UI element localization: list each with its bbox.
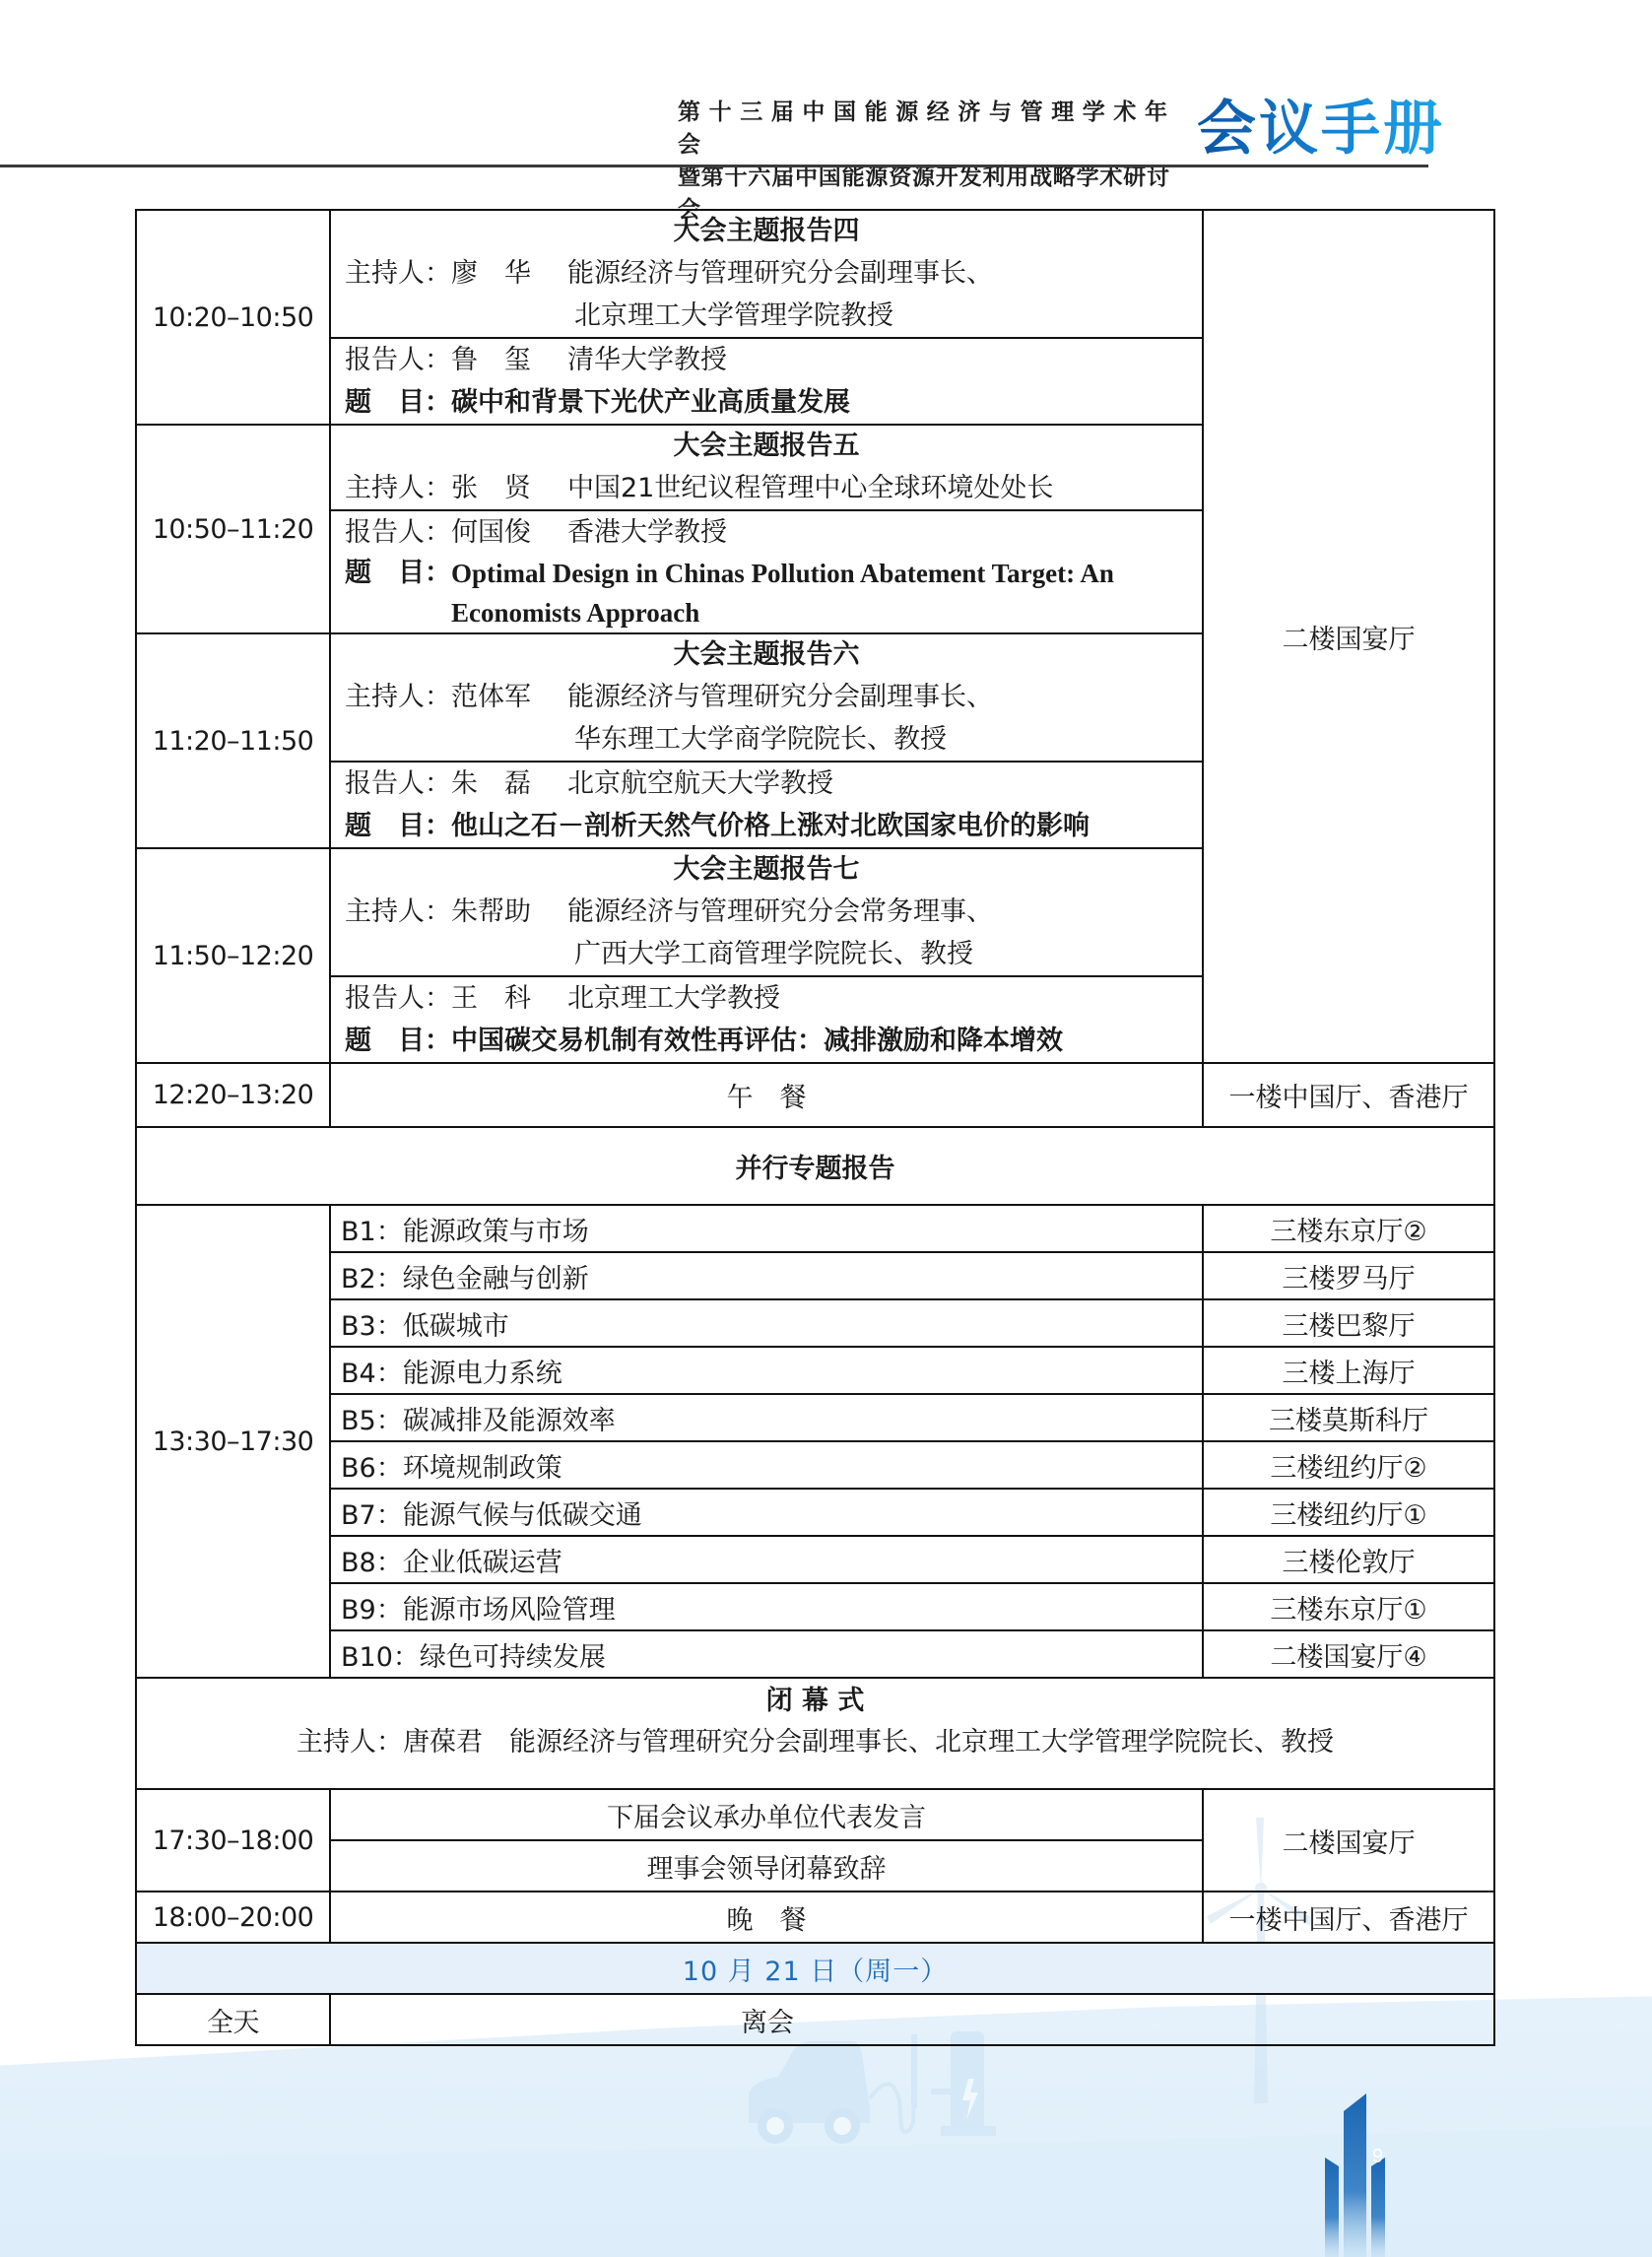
ev-charging-watermark-icon (744, 2029, 1049, 2157)
table-row-track: B2：绿色金融与创新 三楼罗马厅 (136, 1252, 1494, 1299)
track-label: B6：环境规制政策 (330, 1441, 1203, 1489)
host-label: 主持人： (345, 676, 451, 718)
topic-line: 题 目：他山之石－剖析天然气价格上涨对北欧国家电价的影响 (345, 805, 1188, 847)
host-section: 大会主题报告七 主持人：朱帮助能源经济与管理研究分会常务理事、 广西大学工商管理… (331, 849, 1202, 977)
table-row-lunch: 12:20–13:20 午 餐 一楼中国厅、香港厅 (136, 1063, 1494, 1127)
topic-label: 题 目： (345, 554, 451, 632)
track-venue: 三楼纽约厅① (1203, 1489, 1494, 1536)
speaker-label: 报告人： (345, 763, 451, 805)
track-venue: 三楼东京厅② (1203, 1205, 1494, 1252)
track-label: B8：企业低碳运营 (330, 1536, 1203, 1583)
speaker-name: 朱 磊 (451, 763, 567, 805)
host-label: 主持人： (345, 891, 451, 933)
host-line: 主持人：朱帮助能源经济与管理研究分会常务理事、 (345, 891, 1188, 933)
closing-host-line: 主持人：唐葆君 能源经济与管理研究分会副理事长、北京理工大学管理学院院长、教授 (137, 1722, 1493, 1763)
speaker-line: 报告人：王 科北京理工大学教授 (345, 977, 1188, 1020)
session-time: 10:50–11:20 (136, 425, 330, 633)
track-venue: 三楼东京厅① (1203, 1583, 1494, 1630)
session-details: 大会主题报告五 主持人：张 贤中国21世纪议程管理中心全球环境处处长 报告人：何… (330, 425, 1203, 633)
host-name: 朱帮助 (451, 891, 567, 933)
speaker-title: 北京理工大学教授 (567, 983, 780, 1014)
session-heading: 大会主题报告五 (345, 426, 1188, 467)
table-row-closing: 17:30–18:00 下届会议承办单位代表发言 二楼国宴厅 (136, 1789, 1494, 1840)
track-label: B1：能源政策与市场 (330, 1205, 1203, 1252)
session-details: 大会主题报告七 主持人：朱帮助能源经济与管理研究分会常务理事、 广西大学工商管理… (330, 848, 1203, 1063)
host-line: 主持人：廖 华能源经济与管理研究分会副理事长、 (345, 252, 1188, 295)
topic-text: 他山之石－剖析天然气价格上涨对北欧国家电价的影响 (451, 811, 1090, 841)
departure-time: 全天 (136, 1994, 330, 2045)
session-venue: 二楼国宴厅 (1203, 210, 1494, 1063)
speaker-label: 报告人： (345, 511, 451, 554)
closing-item-next-host-speech: 下届会议承办单位代表发言 (330, 1789, 1203, 1840)
speaker-name: 何国俊 (451, 511, 567, 554)
speaker-section: 报告人：朱 磊北京航空航天大学教授 题 目：他山之石－剖析天然气价格上涨对北欧国… (331, 763, 1202, 847)
host-section: 大会主题报告五 主持人：张 贤中国21世纪议程管理中心全球环境处处长 (331, 426, 1202, 511)
page-number-badge-icon (1325, 2093, 1443, 2257)
departure-label: 离会 (330, 1994, 1494, 2045)
conference-name: 第十三届中国能源经济与管理学术年会 暨第十六届中国能源资源开发利用战略学术研讨会 (678, 97, 1180, 227)
table-row-track: B7：能源气候与低碳交通 三楼纽约厅① (136, 1489, 1494, 1536)
topic-label: 题 目： (345, 1026, 451, 1056)
host-title-continued: 华东理工大学商学院院长、教授 (345, 718, 1188, 761)
session-time: 11:50–12:20 (136, 848, 330, 1063)
table-row-date: 10 月 21 日（周一） (136, 1943, 1494, 1994)
departure-text: 离会 (331, 2001, 1204, 2039)
parallel-sessions-heading: 并行专题报告 (136, 1127, 1494, 1205)
host-title: 能源经济与管理研究分会常务理事、 (567, 896, 993, 927)
speaker-line: 报告人：何国俊香港大学教授 (345, 511, 1188, 554)
speaker-title: 清华大学教授 (567, 345, 727, 375)
track-label: B3：低碳城市 (330, 1299, 1203, 1347)
lunch-time: 12:20–13:20 (136, 1063, 330, 1127)
track-label: B7：能源气候与低碳交通 (330, 1489, 1203, 1536)
dinner-time: 18:00–20:00 (136, 1892, 330, 1943)
speaker-title: 香港大学教授 (567, 517, 727, 548)
closing-venue: 二楼国宴厅 (1203, 1789, 1494, 1892)
conference-name-line1: 第十三届中国能源经济与管理学术年会 (678, 97, 1180, 162)
session-time: 11:20–11:50 (136, 633, 330, 848)
speaker-name: 鲁 玺 (451, 339, 567, 381)
page-number: 9 (1372, 2146, 1383, 2168)
host-title-continued: 广西大学工商管理学院院长、教授 (345, 933, 1188, 975)
table-row-plenary-4: 10:20–10:50 大会主题报告四 主持人：廖 华能源经济与管理研究分会副理… (136, 210, 1494, 425)
speaker-label: 报告人： (345, 339, 451, 381)
table-row-track: B5：碳减排及能源效率 三楼莫斯科厅 (136, 1394, 1494, 1441)
parallel-time: 13:30–17:30 (136, 1205, 330, 1678)
header-divider (0, 165, 1428, 167)
host-title: 中国21世纪议程管理中心全球环境处处长 (567, 473, 1053, 503)
host-name: 张 贤 (451, 467, 567, 509)
host-title-continued: 北京理工大学管理学院教授 (345, 295, 1188, 337)
host-section: 大会主题报告六 主持人：范体军能源经济与管理研究分会副理事长、 华东理工大学商学… (331, 634, 1202, 763)
dinner-venue: 一楼中国厅、香港厅 (1203, 1892, 1494, 1943)
track-venue: 三楼莫斯科厅 (1203, 1394, 1494, 1441)
closing-time: 17:30–18:00 (136, 1789, 330, 1892)
track-label: B2：绿色金融与创新 (330, 1252, 1203, 1299)
speaker-line: 报告人：鲁 玺清华大学教授 (345, 339, 1188, 381)
host-title: 能源经济与管理研究分会副理事长、 (567, 258, 993, 289)
host-title: 能源经济与管理研究分会副理事长、 (567, 682, 993, 712)
topic-text: 中国碳交易机制有效性再评估：减排激励和降本增效 (451, 1026, 1063, 1056)
speaker-section: 报告人：何国俊香港大学教授 题 目：Optimal Design in Chin… (331, 511, 1202, 632)
speaker-name: 王 科 (451, 977, 567, 1020)
table-row-track: B3：低碳城市 三楼巴黎厅 (136, 1299, 1494, 1347)
speaker-section: 报告人：鲁 玺清华大学教授 题 目：碳中和背景下光伏产业高质量发展 (331, 339, 1202, 424)
dinner-label: 晚 餐 (330, 1892, 1203, 1943)
track-label: B4：能源电力系统 (330, 1347, 1203, 1394)
topic-label: 题 目： (345, 387, 451, 418)
topic-line: 题 目：碳中和背景下光伏产业高质量发展 (345, 381, 1188, 424)
speaker-section: 报告人：王 科北京理工大学教授 题 目：中国碳交易机制有效性再评估：减排激励和降… (331, 977, 1202, 1062)
speaker-label: 报告人： (345, 977, 451, 1020)
table-row-track: 13:30–17:30 B1：能源政策与市场 三楼东京厅② (136, 1205, 1494, 1252)
topic-label: 题 目： (345, 811, 451, 841)
session-time: 10:20–10:50 (136, 210, 330, 425)
track-venue: 三楼上海厅 (1203, 1347, 1494, 1394)
track-venue: 三楼纽约厅② (1203, 1441, 1494, 1489)
session-heading: 大会主题报告七 (345, 849, 1188, 891)
table-row-parallel-heading: 并行专题报告 (136, 1127, 1494, 1205)
track-venue: 二楼国宴厅④ (1203, 1630, 1494, 1678)
host-line: 主持人：张 贤中国21世纪议程管理中心全球环境处处长 (345, 467, 1188, 509)
session-details: 大会主题报告六 主持人：范体军能源经济与管理研究分会副理事长、 华东理工大学商学… (330, 633, 1203, 848)
table-row-track: B4：能源电力系统 三楼上海厅 (136, 1347, 1494, 1394)
speaker-title: 北京航空航天大学教授 (567, 768, 833, 799)
track-label: B9：能源市场风险管理 (330, 1583, 1203, 1630)
session-heading: 大会主题报告四 (345, 211, 1188, 252)
host-label: 主持人： (345, 467, 451, 509)
host-name: 范体军 (451, 676, 567, 718)
table-row-dinner: 18:00–20:00 晚 餐 一楼中国厅、香港厅 (136, 1892, 1494, 1943)
page-header: 第十三届中国能源经济与管理学术年会 暨第十六届中国能源资源开发利用战略学术研讨会… (0, 0, 1652, 172)
table-row-track: B9：能源市场风险管理 三楼东京厅① (136, 1583, 1494, 1630)
track-venue: 三楼伦敦厅 (1203, 1536, 1494, 1583)
host-label: 主持人： (345, 252, 451, 295)
closing-ceremony-block: 闭 幕 式 主持人：唐葆君 能源经济与管理研究分会副理事长、北京理工大学管理学院… (136, 1678, 1494, 1789)
lunch-label: 午 餐 (330, 1063, 1203, 1127)
topic-line: 题 目：中国碳交易机制有效性再评估：减排激励和降本增效 (345, 1020, 1188, 1062)
track-venue: 三楼罗马厅 (1203, 1252, 1494, 1299)
date-heading: 10 月 21 日（周一） (136, 1943, 1494, 1994)
session-heading: 大会主题报告六 (345, 634, 1188, 676)
session-details: 大会主题报告四 主持人：廖 华能源经济与管理研究分会副理事长、 北京理工大学管理… (330, 210, 1203, 425)
host-name: 廖 华 (451, 252, 567, 295)
host-line: 主持人：范体军能源经济与管理研究分会副理事长、 (345, 676, 1188, 718)
topic-text: 碳中和背景下光伏产业高质量发展 (451, 387, 850, 418)
table-row-track: B8：企业低碳运营 三楼伦敦厅 (136, 1536, 1494, 1583)
table-row-closing-heading: 闭 幕 式 主持人：唐葆君 能源经济与管理研究分会副理事长、北京理工大学管理学院… (136, 1678, 1494, 1789)
topic-text: Optimal Design in Chinas Pollution Abate… (451, 554, 1188, 632)
closing-item-remarks: 理事会领导闭幕致辞 (330, 1840, 1203, 1892)
track-venue: 三楼巴黎厅 (1203, 1299, 1494, 1347)
closing-heading: 闭 幕 式 (137, 1681, 1493, 1722)
table-row-departure: 全天 离会 (136, 1994, 1494, 2045)
host-section: 大会主题报告四 主持人：廖 华能源经济与管理研究分会副理事长、 北京理工大学管理… (331, 211, 1202, 339)
lunch-venue: 一楼中国厅、香港厅 (1203, 1063, 1494, 1127)
table-row-track: B10：绿色可持续发展 二楼国宴厅④ (136, 1630, 1494, 1678)
track-label: B10：绿色可持续发展 (330, 1630, 1203, 1678)
track-label: B5：碳减排及能源效率 (330, 1394, 1203, 1441)
topic-line: 题 目：Optimal Design in Chinas Pollution A… (345, 554, 1188, 632)
speaker-line: 报告人：朱 磊北京航空航天大学教授 (345, 763, 1188, 805)
schedule-table: 10:20–10:50 大会主题报告四 主持人：廖 华能源经济与管理研究分会副理… (135, 209, 1495, 2046)
handbook-title: 会议手册 (1197, 97, 1445, 162)
table-row-track: B6：环境规制政策 三楼纽约厅② (136, 1441, 1494, 1489)
